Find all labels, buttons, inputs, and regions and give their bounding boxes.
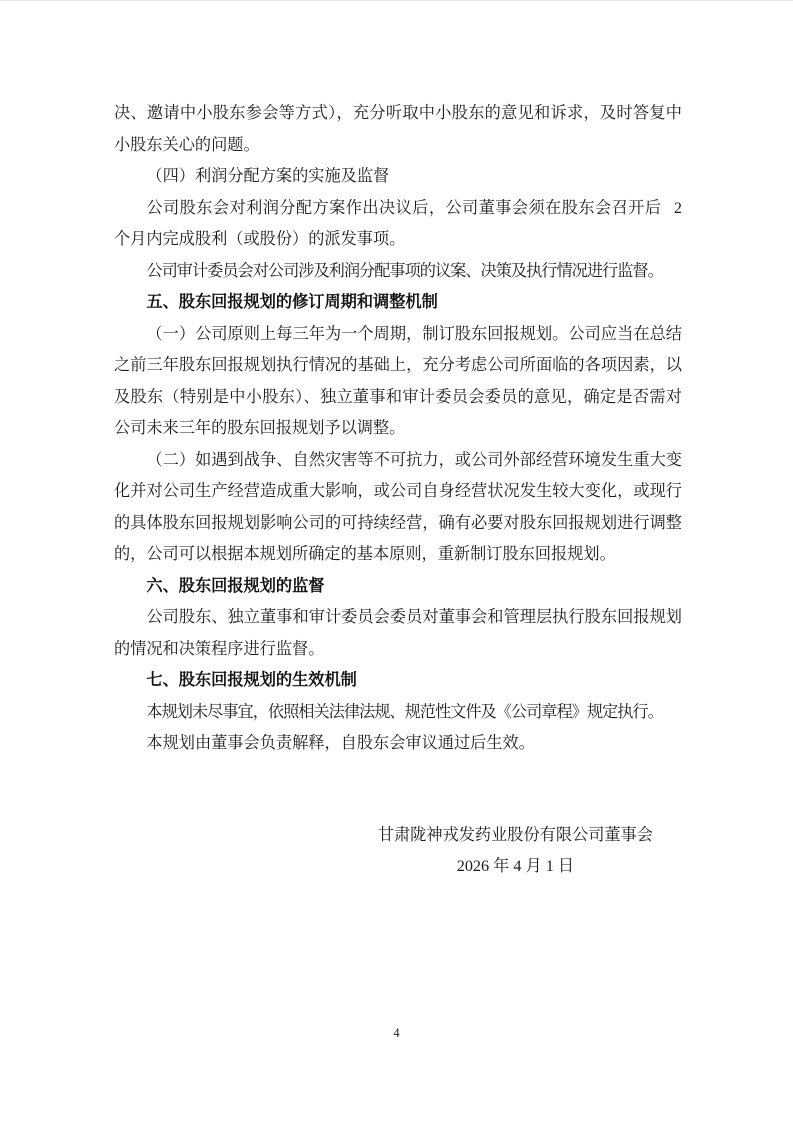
paragraph: 本规划未尽事宜，依照相关法律法规、规范性文件及《公司章程》规定执行。 (114, 697, 682, 729)
signature-company: 甘肃陇神戎发药业股份有限公司董事会 (378, 820, 653, 852)
section-heading-6: 六、股东回报规划的监督 (114, 571, 682, 603)
paragraph: 公司股东、独立董事和审计委员会委员对董事会和管理层执行股东回报规划的情况和决策程… (114, 602, 682, 665)
section-heading-7: 七、股东回报规划的生效机制 (114, 665, 682, 697)
subsection-title-4: （四）利润分配方案的实施及监督 (114, 161, 682, 193)
signature-block: 甘肃陇神戎发药业股份有限公司董事会 2026 年 4 月 1 日 (378, 820, 653, 883)
document-page: 决、邀请中小股东参会等方式），充分听取中小股东的意见和诉求，及时答复中小股东关心… (0, 0, 793, 1122)
section-heading-5: 五、股东回报规划的修订周期和调整机制 (114, 287, 682, 319)
signature-date: 2026 年 4 月 1 日 (378, 851, 653, 883)
paragraph: （一）公司原则上每三年为一个周期，制订股东回报规划。公司应当在总结之前三年股东回… (114, 319, 682, 445)
paragraph: 公司股东会对利润分配方案作出决议后，公司董事会须在股东会召开后 2 个月内完成股… (114, 193, 682, 256)
paragraph-continuation: 决、邀请中小股东参会等方式），充分听取中小股东的意见和诉求，及时答复中小股东关心… (114, 98, 682, 161)
document-body: 决、邀请中小股东参会等方式），充分听取中小股东的意见和诉求，及时答复中小股东关心… (114, 98, 682, 883)
paragraph: 公司审计委员会对公司涉及利润分配事项的议案、决策及执行情况进行监督。 (114, 256, 682, 288)
page-number: 4 (0, 1026, 793, 1041)
paragraph: （二）如遇到战争、自然灾害等不可抗力，或公司外部经营环境发生重大变化并对公司生产… (114, 445, 682, 571)
paragraph: 本规划由董事会负责解释，自股东会审议通过后生效。 (114, 728, 682, 760)
